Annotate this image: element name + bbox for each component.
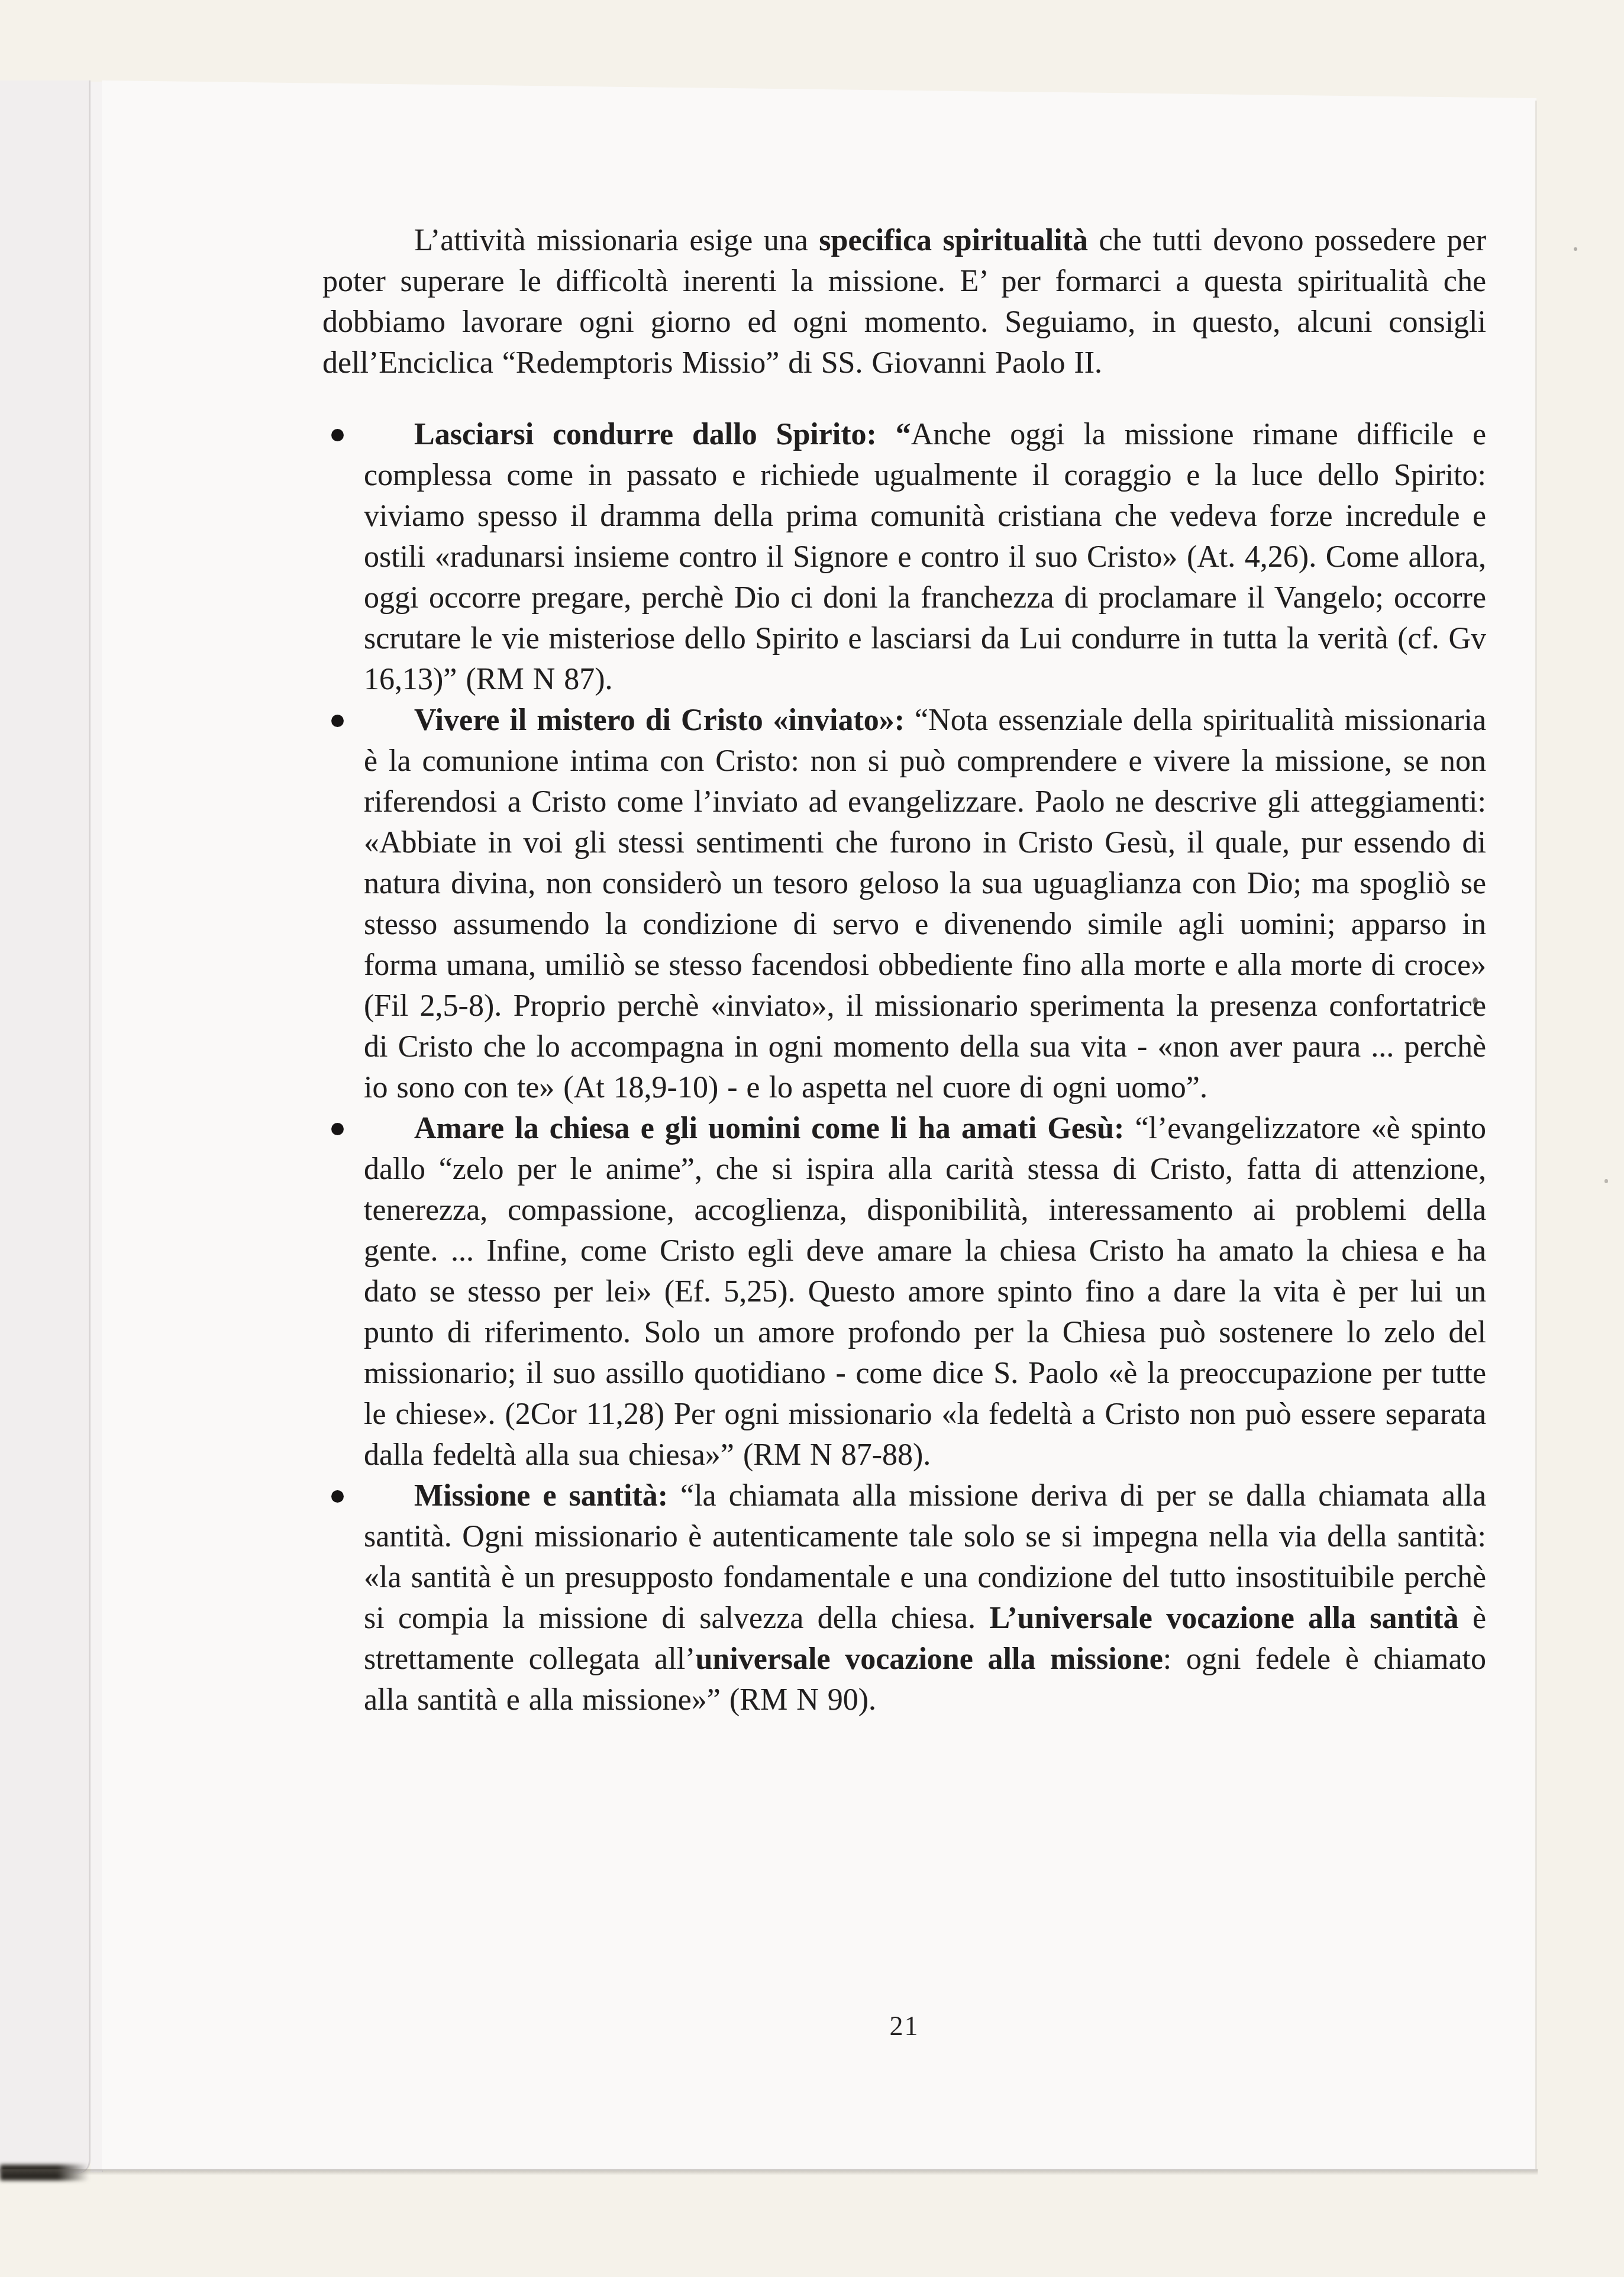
ink-speck	[1604, 1179, 1608, 1183]
intro-paragraph: L’attività missionaria esige una specifi…	[322, 220, 1486, 383]
bullet-icon	[331, 715, 344, 727]
bullet-text: Amare la chiesa e gli uomini come li ha …	[364, 1112, 1486, 1472]
list-item: Amare la chiesa e gli uomini come li ha …	[364, 1108, 1486, 1475]
page-stack-edge-outer	[0, 80, 91, 2173]
bullet-icon	[331, 1123, 344, 1135]
bullet-text: Missione e santità: “la chiamata alla mi…	[364, 1479, 1486, 1717]
ink-speck	[1574, 247, 1577, 251]
bullet-text: Vivere il mistero di Cristo «inviato»: “…	[364, 703, 1486, 1104]
list-item: Lasciarsi condurre dallo Spirito: “Anche…	[364, 414, 1486, 700]
list-item: Vivere il mistero di Cristo «inviato»: “…	[364, 700, 1486, 1108]
page-right-edge	[1535, 101, 1537, 2169]
page-bottom-shadow	[0, 2169, 1538, 2175]
bullet-list: Lasciarsi condurre dallo Spirito: “Anche…	[322, 414, 1486, 1720]
scanner-background: { "page_number": "21", "intro": { "segme…	[0, 0, 1624, 2277]
page-stack-edge-inner	[91, 82, 103, 2172]
bullet-icon	[331, 429, 344, 441]
bullet-icon	[331, 1490, 344, 1503]
bullet-text: Lasciarsi condurre dallo Spirito: “Anche…	[364, 418, 1486, 696]
list-item: Missione e santità: “la chiamata alla mi…	[364, 1475, 1486, 1720]
page-text-block: L’attività missionaria esige una specifi…	[322, 220, 1486, 1720]
page-number: 21	[322, 2010, 1486, 2042]
